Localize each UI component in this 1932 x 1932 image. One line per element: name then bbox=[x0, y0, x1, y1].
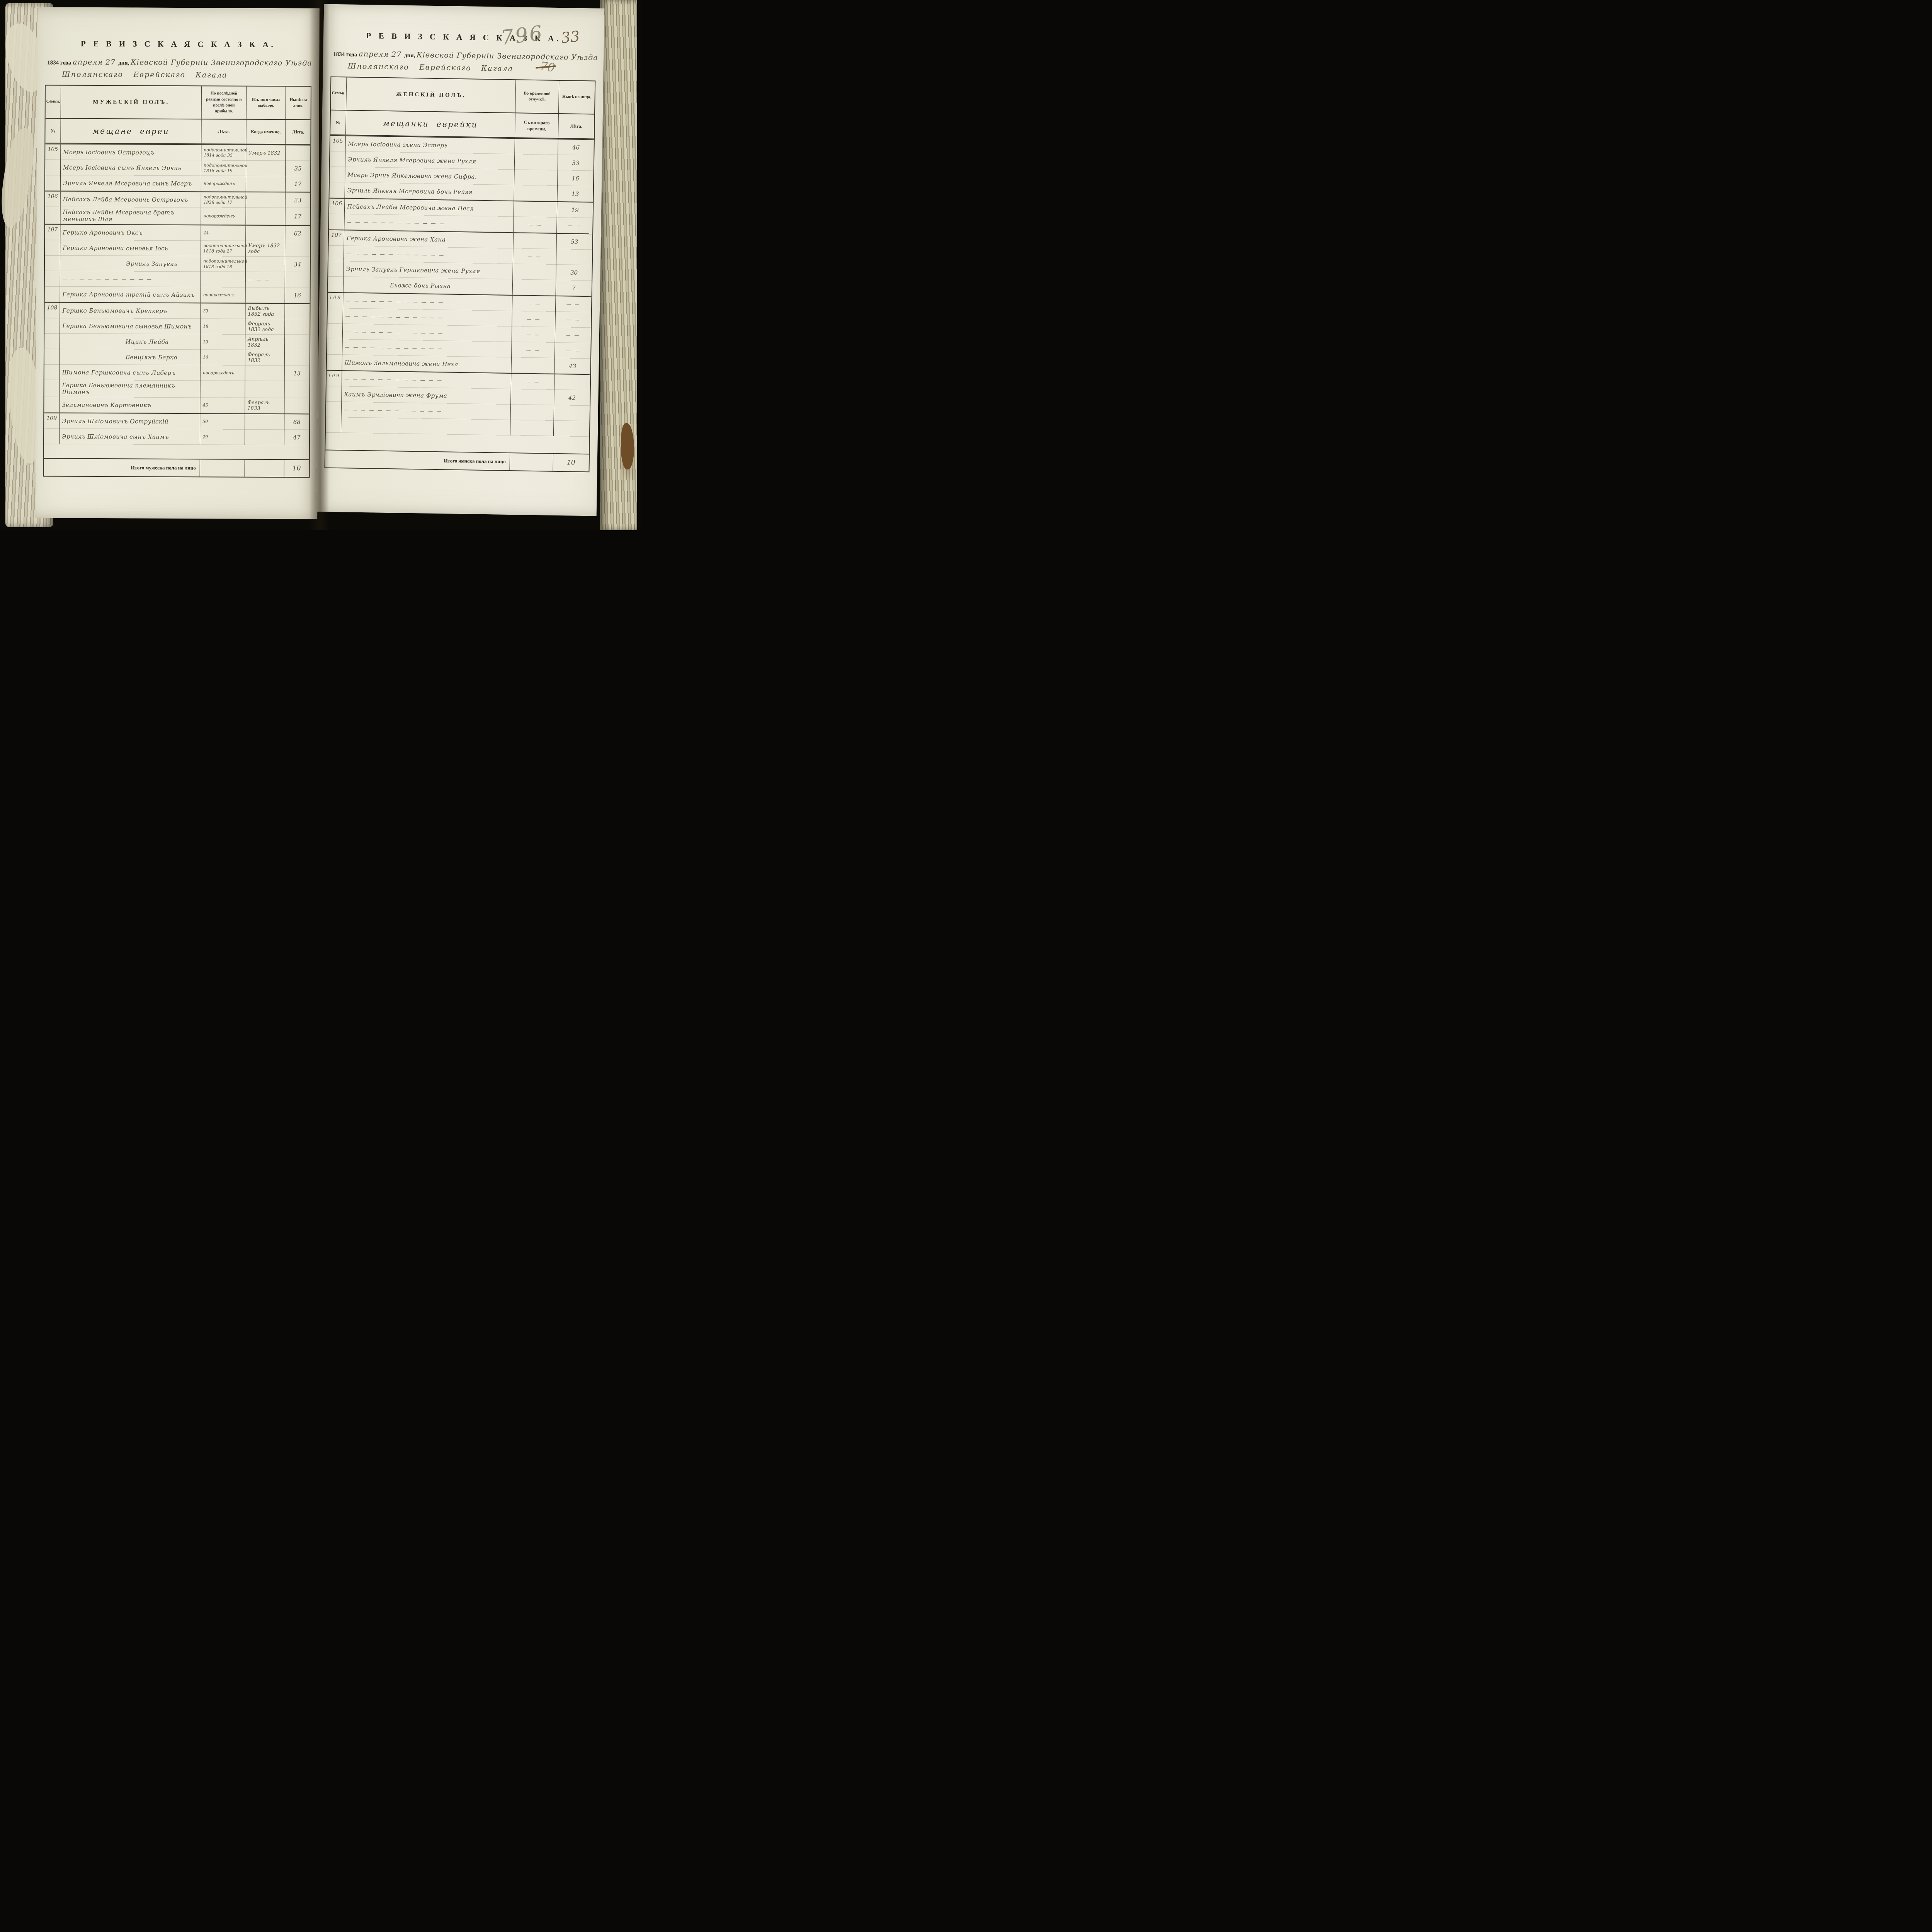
person-name-cell: Шимона Гершковича сынъ Либеръ bbox=[60, 365, 201, 381]
present-age-cell: — — bbox=[556, 296, 592, 312]
person-name-cell: Гершка Беньюмовича племянникъ Шимонъ bbox=[60, 380, 200, 398]
absence-since-cell bbox=[515, 139, 558, 155]
page-title: Р Е В И З С К А Я С К А З К А. bbox=[45, 39, 311, 50]
present-age-cell: 17 bbox=[285, 208, 310, 225]
total-label: Итого мужеска пола на лицо bbox=[44, 459, 200, 476]
person-name-cell: — — — — — — — — — — — — bbox=[343, 308, 512, 327]
date-day-word: дня, bbox=[118, 60, 131, 66]
family-number-cell bbox=[44, 349, 60, 365]
family-number-cell: 107 bbox=[329, 230, 345, 246]
family-number-cell bbox=[45, 256, 60, 271]
person-name-cell: — — — — — — — — — — — — bbox=[343, 293, 513, 311]
person-name-cell: Мсерь Іосіовичь Острогоцъ bbox=[61, 145, 201, 161]
header-departed: Изъ того числа выбыло. bbox=[247, 87, 286, 119]
header-female-sex: ЖЕНСКІЙ ПОЛЪ. bbox=[346, 77, 516, 112]
revision-age-cell bbox=[201, 272, 246, 287]
present-age-cell: — — bbox=[555, 343, 591, 359]
present-age-cell bbox=[554, 421, 590, 437]
page-title: Р Е В И З С К А Я С К А З К А. bbox=[331, 31, 596, 44]
absence-since-cell bbox=[511, 405, 554, 421]
table-footer: Итого женска пола на лицо 10 bbox=[325, 450, 589, 472]
person-name-cell: Ицикъ Лейба bbox=[60, 334, 201, 350]
person-name-cell: Эрчиль Шліомовичъ Оструйскій bbox=[60, 413, 200, 430]
person-name-cell: Гершко Беньюмовичъ Крепкеръ bbox=[60, 303, 201, 319]
present-age-cell: — — bbox=[557, 218, 593, 233]
person-name-cell: — — — — — — — — — — — — bbox=[342, 339, 512, 357]
absence-since-cell bbox=[510, 420, 554, 436]
absence-since-cell: — — bbox=[512, 342, 555, 358]
departure-date-cell bbox=[245, 414, 284, 430]
revision-age-cell: подополнительной 1818 года 18 bbox=[201, 256, 246, 272]
departure-date-cell bbox=[246, 226, 285, 241]
absence-since-cell bbox=[513, 264, 556, 280]
table-row: 108 Гершко Беньюмовичъ Крепкеръ 33 Выбыл… bbox=[44, 302, 310, 320]
absence-since-cell bbox=[514, 185, 558, 201]
header-estate-handwritten: мещане евреи bbox=[61, 119, 201, 144]
header-years: Лѣта. bbox=[201, 119, 246, 144]
person-name-cell: Шимонъ Зельмановича жена Неха bbox=[342, 355, 512, 373]
person-name-cell: Гершка Ароновича третій сынъ Айзикъ bbox=[60, 287, 201, 303]
person-name-cell: Мсерь Іосіовича сынъ Янкель Эрчиь bbox=[61, 160, 201, 176]
person-name-cell: Эрчиль Шліомовича сынъ Хаимъ bbox=[60, 429, 200, 445]
revision-age-cell: 10 bbox=[201, 350, 245, 366]
revision-age-cell: подополнительной 1814 года 35 bbox=[201, 145, 246, 161]
header-family: Семьи. bbox=[331, 77, 347, 110]
family-number-cell bbox=[45, 207, 60, 224]
date-year: 1834 года bbox=[333, 51, 357, 58]
person-name-cell: Мсерь Іосіовича жена Эстерь bbox=[345, 136, 515, 154]
total-value: 10 bbox=[553, 454, 589, 471]
present-age-cell: 47 bbox=[284, 430, 309, 445]
departure-date-cell bbox=[245, 430, 284, 445]
revision-age-cell: новорожденъ bbox=[201, 365, 245, 381]
total-value: 10 bbox=[284, 460, 309, 477]
family-number-cell bbox=[329, 214, 345, 230]
revision-age-cell: 44 bbox=[201, 225, 246, 241]
person-name-cell: Эрчиль Янкеля Мсеровича сынъ Мсеръ bbox=[61, 175, 201, 192]
present-age-cell bbox=[285, 241, 310, 257]
present-age-cell: 34 bbox=[285, 257, 310, 272]
person-name-cell: — — — — — — — — — — — — bbox=[342, 402, 511, 420]
table-row: Зельмановичъ Картовникъ 45 Февраль 1833 bbox=[44, 397, 309, 414]
family-number-cell bbox=[330, 151, 346, 167]
header-family: Семьи. bbox=[46, 86, 61, 118]
family-number-cell: 105 bbox=[45, 145, 61, 160]
present-age-cell: 42 bbox=[554, 390, 590, 406]
person-name-cell: — — — — — — — — — — — bbox=[60, 271, 201, 287]
present-age-cell: 68 bbox=[284, 414, 309, 430]
family-number-cell bbox=[44, 429, 60, 444]
person-name-cell: Пейсахъ Лейбы Мсеровича жена Песя bbox=[345, 199, 514, 217]
table-row: Эрчиль Шліомовича сынъ Хаимъ 29 47 bbox=[44, 429, 309, 445]
header-since-when: Съ котораго времени. bbox=[515, 113, 559, 138]
person-name-cell: Хаимъ Эрчліовича жена Фрума bbox=[342, 386, 511, 405]
family-number-cell bbox=[330, 167, 345, 183]
footer-empty-cell bbox=[510, 453, 553, 471]
table-row: Гершка Беньюмовича сыновья Шимонъ 18 Фев… bbox=[44, 318, 310, 335]
book-scan-photo: Р Е В И З С К А Я С К А З К А. 1834 года… bbox=[0, 0, 641, 530]
person-name-cell: Эрчиль Янкеля Мсеровича жена Рухля bbox=[345, 151, 515, 170]
table-row: Гершка Ароновича третій сынъ Айзикъ ново… bbox=[45, 287, 310, 303]
family-number-cell: 108 bbox=[44, 303, 60, 318]
departure-date-cell: — — — bbox=[246, 272, 285, 287]
person-name-cell: Гершка Ароновича жена Хана bbox=[344, 230, 514, 248]
table-row: 107 Гершко Ароновичъ Оксъ 44 62 bbox=[45, 224, 310, 241]
date-day-word: дня, bbox=[404, 53, 417, 59]
departure-date-cell bbox=[246, 257, 285, 272]
table-row: Гершка Ароновича сыновья Іось подополнит… bbox=[45, 240, 310, 257]
family-number-cell: 106 bbox=[329, 199, 345, 214]
header-when-exactly: Когда именно. bbox=[246, 120, 286, 144]
table-row: Ицикъ Лейба 13 Апрѣль 1832 bbox=[44, 334, 310, 350]
present-age-cell bbox=[285, 350, 310, 366]
date-year: 1834 года bbox=[47, 60, 71, 66]
departure-date-cell bbox=[245, 381, 284, 398]
departure-date-cell: Выбылъ 1832 года bbox=[245, 304, 285, 319]
header-years-present: Лѣта. bbox=[286, 120, 310, 144]
family-number-cell bbox=[45, 160, 61, 175]
absence-since-cell bbox=[515, 154, 558, 170]
departure-date-cell bbox=[246, 176, 286, 192]
absence-since-cell bbox=[511, 389, 554, 405]
family-number-cell bbox=[45, 271, 60, 287]
person-name-cell: — — — — — — — — — — — — bbox=[344, 246, 514, 264]
left-page: Р Е В И З С К А Я С К А З К А. 1834 года… bbox=[35, 7, 320, 519]
table-body: 105 Мсерь Іосіовича жена Эстерь 46 Эрчил… bbox=[325, 135, 594, 454]
family-number-cell bbox=[44, 397, 60, 413]
family-number-cell bbox=[327, 339, 343, 355]
person-name-cell: Эрчиль Янкеля Мсеровича дочь Рейзя bbox=[345, 182, 514, 201]
absence-since-cell bbox=[511, 357, 555, 374]
family-number-cell bbox=[44, 318, 60, 334]
date-month-day-handwritten: апреля 27 bbox=[73, 58, 118, 67]
present-age-cell: 13 bbox=[557, 186, 593, 202]
book-gutter-shadow bbox=[309, 0, 329, 530]
person-name-cell: Эрчиль Зануель bbox=[60, 256, 201, 272]
absence-since-cell bbox=[513, 233, 557, 249]
table-row: Гершка Беньюмовича племянникъ Шимонъ bbox=[44, 380, 309, 398]
present-age-cell: 16 bbox=[558, 170, 594, 186]
revision-age-cell bbox=[200, 381, 245, 398]
kahal-line: Шполянскаго Еврейскаго Кагала bbox=[62, 70, 309, 80]
departure-date-cell: Февраль 1832 bbox=[245, 350, 285, 366]
departure-date-cell: Апрѣль 1832 bbox=[245, 335, 285, 350]
revision-age-cell: 33 bbox=[201, 303, 245, 319]
present-age-cell: — — bbox=[555, 327, 591, 343]
person-name-cell: Ехоже дочь Рыхна bbox=[344, 277, 513, 295]
family-number-cell bbox=[44, 334, 60, 349]
family-number-cell bbox=[45, 240, 60, 256]
table-header-row-2: № мещанки еврейки Съ котораго времени. Л… bbox=[330, 111, 594, 139]
family-number-cell: 105 bbox=[330, 136, 346, 152]
table-row: Пейсахъ Лейбы Мсеровича братъ меньшихъ Ш… bbox=[45, 207, 310, 225]
total-label: Итого женска пола на лицо bbox=[325, 451, 510, 471]
header-number-sign: № bbox=[45, 119, 61, 143]
absence-since-cell: — — bbox=[512, 311, 556, 327]
table-row: 106 Пейсахъ Лейба Мсеровичь Острогочъ по… bbox=[45, 191, 310, 208]
family-number-cell: 109 bbox=[44, 413, 60, 429]
right-page: Р Е В И З С К А Я С К А З К А. 1834 года… bbox=[316, 4, 605, 516]
absence-since-cell bbox=[514, 170, 558, 186]
header-now-present: Нынѣ на лицо. bbox=[286, 87, 311, 119]
absence-since-cell bbox=[513, 279, 556, 296]
departure-date-cell: Февраль 1832 года bbox=[245, 319, 285, 335]
family-number-cell bbox=[44, 380, 60, 397]
revision-age-cell: новорожденъ bbox=[201, 207, 246, 225]
present-age-cell bbox=[285, 335, 310, 350]
table-body: 105 Мсерь Іосіовичь Острогоцъ подополнит… bbox=[44, 144, 311, 459]
present-age-cell: 62 bbox=[285, 226, 310, 241]
present-age-cell: 30 bbox=[556, 265, 592, 281]
date-month-day-handwritten: апреля 27 bbox=[359, 50, 404, 59]
revision-age-cell: подополнительной 1828 года 17 bbox=[201, 192, 246, 208]
header-estate-handwritten: мещанки еврейки bbox=[346, 111, 515, 137]
absence-since-cell: — — bbox=[513, 248, 557, 265]
family-number-cell bbox=[328, 246, 344, 262]
departure-date-cell bbox=[246, 161, 286, 176]
revision-age-cell: 45 bbox=[200, 398, 245, 413]
revision-age-cell: 50 bbox=[200, 414, 245, 430]
table-header-row-1: Семьи. ЖЕНСКІЙ ПОЛЪ. Во временной отлучк… bbox=[331, 77, 595, 115]
present-age-cell: 46 bbox=[558, 139, 594, 155]
present-age-cell bbox=[554, 374, 590, 390]
present-age-cell bbox=[285, 304, 310, 319]
footer-empty-cell bbox=[200, 459, 245, 477]
table-header-row-2: № мещане евреи Лѣта. Когда именно. Лѣта. bbox=[45, 119, 310, 145]
revision-age-cell: подополнительной 1818 года 19 bbox=[201, 160, 246, 176]
present-age-cell bbox=[556, 249, 592, 265]
table-row: Шимона Гершковича сынъ Либеръ новорожден… bbox=[44, 365, 310, 381]
footer-empty-cell bbox=[245, 460, 284, 477]
present-age-cell: 23 bbox=[286, 192, 310, 208]
date-line: 1834 года апреля 27 дня, Кіевской Губерн… bbox=[333, 49, 594, 62]
revision-age-cell: подополнительной 1818 года 27 bbox=[201, 241, 246, 257]
header-now-present: Нынѣ на лицо. bbox=[559, 81, 595, 114]
present-age-cell: 7 bbox=[556, 280, 592, 296]
absence-since-cell: — — bbox=[512, 296, 556, 312]
present-age-cell bbox=[284, 381, 309, 398]
present-age-cell: 33 bbox=[558, 155, 594, 171]
departure-date-cell: Февраль 1833 bbox=[245, 398, 284, 413]
family-number-cell bbox=[44, 365, 60, 380]
revision-age-cell: 13 bbox=[201, 334, 245, 350]
revision-table-male: Семьи. МУЖЕСКІЙ ПОЛЪ. По послѣдней ревиз… bbox=[43, 85, 311, 478]
person-name-cell: Пейсахъ Лейбы Мсеровича братъ меньшихъ Ш… bbox=[60, 207, 201, 225]
table-row: 109 Эрчиль Шліомовичъ Оструйскій 50 68 bbox=[44, 412, 309, 430]
present-age-cell: 16 bbox=[285, 287, 310, 303]
departure-date-cell: Умеръ 1832 года bbox=[246, 241, 285, 257]
departure-date-cell bbox=[246, 208, 285, 225]
family-number-cell: 106 bbox=[45, 192, 61, 207]
family-number-cell bbox=[328, 261, 344, 277]
absence-since-cell: — — bbox=[511, 374, 555, 390]
table-row: Мсерь Іосіовича сынъ Янкель Эрчиь подопо… bbox=[45, 160, 310, 177]
person-name-cell: Гершка Беньюмовича сыновья Шимонъ bbox=[60, 318, 201, 335]
present-age-cell bbox=[554, 405, 590, 421]
revision-table-female: Семьи. ЖЕНСКІЙ ПОЛЪ. Во временной отлучк… bbox=[324, 77, 595, 473]
revision-age-cell: 18 bbox=[201, 319, 245, 335]
revision-age-cell: 29 bbox=[200, 429, 245, 445]
family-number-cell bbox=[328, 277, 344, 293]
departure-date-cell bbox=[246, 287, 285, 303]
crossed-out-page-number: 70 bbox=[539, 59, 556, 75]
date-place-handwritten: Кіевской Губерніи Звенигородскаго Уѣзда bbox=[417, 51, 598, 62]
family-number-cell bbox=[45, 287, 60, 302]
table-footer: Итого мужеска пола на лицо 10 bbox=[44, 458, 309, 477]
person-name-cell: Бенціянъ Берко bbox=[60, 349, 201, 366]
table-row: 105 Мсерь Іосіовичь Острогоцъ подополнит… bbox=[45, 144, 310, 161]
departure-date-cell bbox=[246, 192, 286, 208]
absence-since-cell bbox=[514, 201, 558, 218]
family-number-cell bbox=[327, 308, 343, 324]
person-name-cell: — — — — — — — — — — — — bbox=[342, 371, 512, 389]
departure-date-cell bbox=[245, 366, 285, 381]
person-name-cell: Пейсахъ Лейба Мсеровичь Острогочъ bbox=[61, 192, 201, 208]
family-number-cell: 108 bbox=[328, 293, 344, 309]
present-age-cell bbox=[286, 145, 310, 161]
family-number-cell bbox=[329, 182, 345, 198]
header-male-sex: МУЖЕСКІЙ ПОЛЪ. bbox=[61, 86, 202, 119]
header-number-sign: № bbox=[330, 111, 346, 135]
person-name-cell: Зельмановичъ Картовникъ bbox=[60, 397, 200, 413]
person-name-cell: Мсерь Эрчиь Янкелювича жена Сифра. bbox=[345, 167, 515, 185]
date-line: 1834 года апреля 27 дня, Кіевской Губерн… bbox=[47, 58, 309, 68]
person-name-cell: — — — — — — — — — — — — bbox=[343, 324, 512, 342]
person-name-cell: — — — — — — — — — — — — bbox=[344, 214, 514, 232]
family-number-cell: 107 bbox=[45, 225, 60, 240]
person-name-cell bbox=[341, 417, 511, 435]
present-age-cell: 19 bbox=[557, 202, 593, 218]
header-last-revision: По послѣдней ревизіи состояло и послѣ он… bbox=[202, 86, 247, 119]
present-age-cell: 17 bbox=[286, 176, 310, 192]
table-header-row-1: Семьи. МУЖЕСКІЙ ПОЛЪ. По послѣдней ревиз… bbox=[46, 86, 311, 120]
family-number-cell bbox=[45, 175, 61, 191]
present-age-cell: — — bbox=[555, 312, 591, 328]
present-age-cell: 53 bbox=[556, 234, 592, 250]
departure-date-cell: Умеръ 1832 bbox=[246, 145, 286, 161]
table-row: Бенціянъ Берко 10 Февраль 1832 bbox=[44, 349, 310, 366]
present-age-cell: 35 bbox=[286, 161, 310, 176]
absence-since-cell: — — bbox=[514, 217, 557, 233]
present-age-cell: 13 bbox=[285, 366, 310, 381]
revision-age-cell: новорожденъ bbox=[201, 287, 246, 303]
kahal-line: Шполянскаго Еврейскаго Кагала bbox=[348, 62, 594, 74]
family-number-cell bbox=[327, 324, 343, 340]
header-years-present: Лѣта. bbox=[558, 114, 594, 138]
person-name-cell: Эрчиль Зануель Гершковича жена Рухля bbox=[344, 261, 513, 279]
person-name-cell: Гершка Ароновича сыновья Іось bbox=[60, 240, 201, 257]
present-age-cell bbox=[285, 272, 310, 287]
table-row: — — — — — — — — — — — — — — bbox=[45, 271, 310, 288]
date-place-handwritten: Кіевской Губерніи Звенигородскаго Уѣзда bbox=[131, 58, 312, 67]
table-row: Эрчиль Янкеля Мсеровича сынъ Мсеръ новор… bbox=[45, 175, 310, 192]
person-name-cell: Гершко Ароновичъ Оксъ bbox=[60, 225, 201, 241]
present-age-cell bbox=[284, 398, 309, 413]
absence-since-cell: — — bbox=[512, 327, 556, 343]
table-row: Эрчиль Зануель подополнительной 1818 год… bbox=[45, 256, 310, 272]
present-age-cell bbox=[285, 319, 310, 335]
ink-page-number: 33 bbox=[560, 28, 581, 47]
revision-age-cell: новорожденъ bbox=[201, 176, 246, 192]
present-age-cell: 43 bbox=[554, 358, 590, 374]
header-temporary-absence: Во временной отлучкѣ. bbox=[515, 80, 559, 113]
